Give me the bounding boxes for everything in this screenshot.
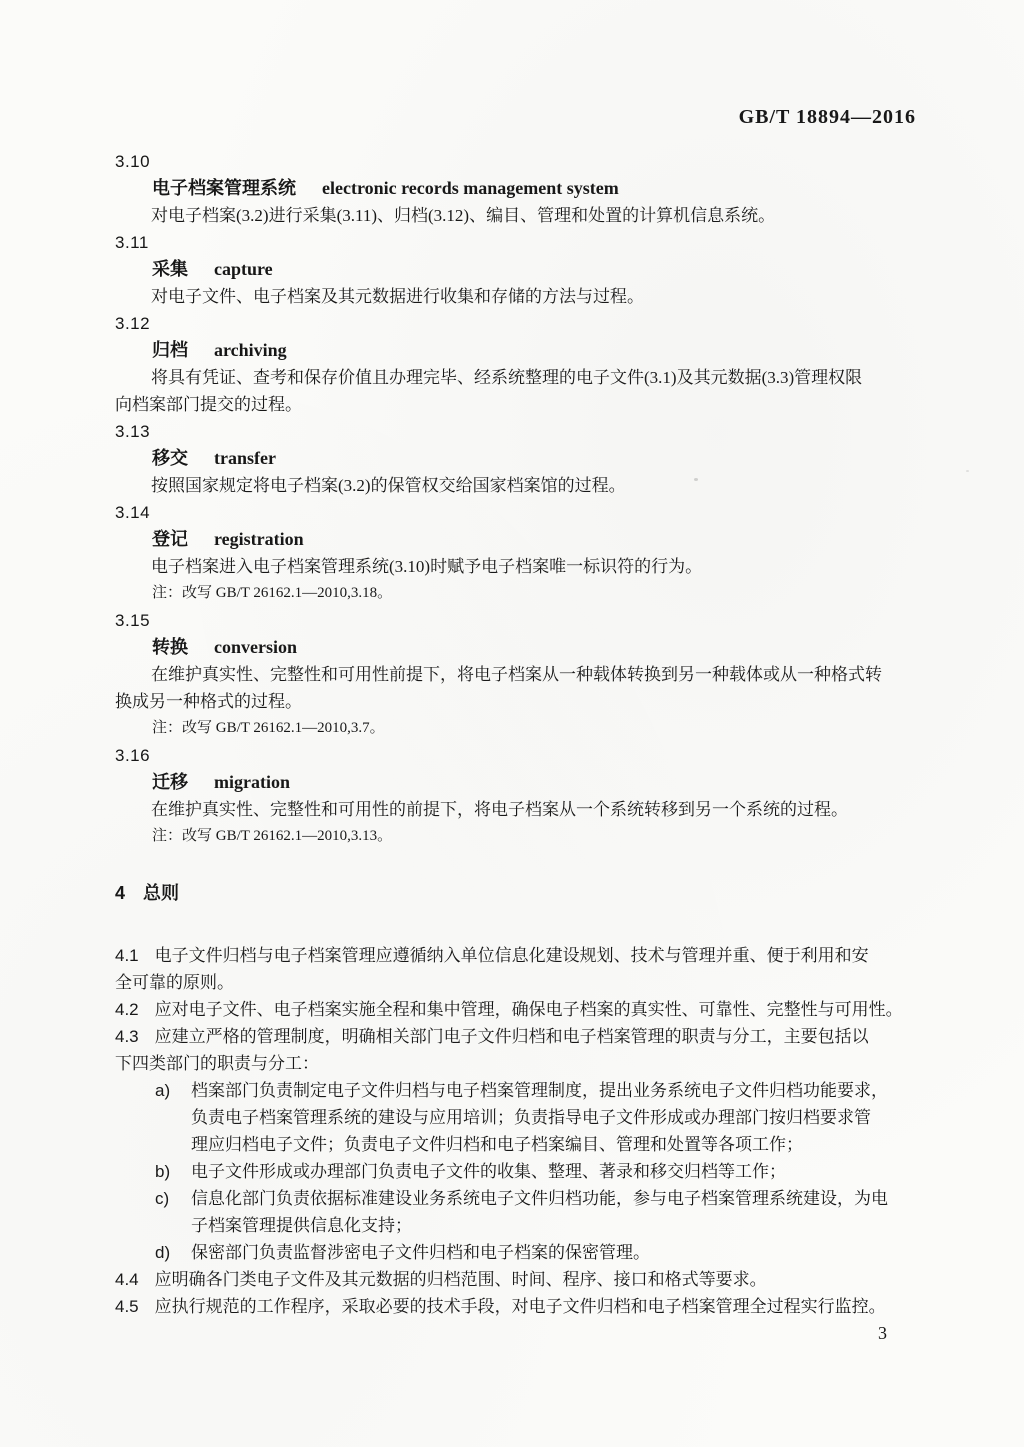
subitem-text: 保密部门负责监督涉密电子文件归档和电子档案的保密管理。 <box>191 1243 650 1262</box>
definition-line: 按照国家规定将电子档案(3.2)的保管权交给国家档案馆的过程。 <box>115 472 915 499</box>
term-line: 电子档案管理系统electronic records management sy… <box>115 175 915 202</box>
term-cn: 归档 <box>152 340 188 360</box>
term-en: archiving <box>214 340 287 360</box>
clause-number: 3.15 <box>115 607 915 634</box>
subitem-c-cont: 子档案管理提供信息化支持； <box>115 1212 915 1239</box>
subitem-label: a) <box>155 1077 170 1104</box>
doc-number: GB/T 18894—2016 <box>739 106 916 129</box>
term-en: migration <box>214 772 290 792</box>
subitem-label: c) <box>155 1185 169 1212</box>
definition-line: 对电子文件、电子档案及其元数据进行收集和存储的方法与过程。 <box>115 283 915 310</box>
term-entry-3-15: 3.15 转换conversion 在维护真实性、完整性和可用性前提下，将电子档… <box>115 607 915 742</box>
definition-line: 对电子档案(3.2)进行采集(3.11)、归档(3.12)、编目、管理和处置的计… <box>115 202 915 229</box>
scan-speck <box>966 470 969 472</box>
term-en: capture <box>214 259 273 279</box>
clause-number: 3.13 <box>115 418 915 445</box>
clause-number: 3.11 <box>115 229 915 256</box>
definition-line: 将具有凭证、查考和保存价值且办理完毕、经系统整理的电子文件(3.1)及其元数据(… <box>115 364 915 391</box>
subitem-text: 档案部门负责制定电子文件归档与电子档案管理制度，提出业务系统电子文件归档功能要求… <box>191 1081 888 1100</box>
term-entry-3-11: 3.11 采集capture 对电子文件、电子档案及其元数据进行收集和存储的方法… <box>115 229 915 310</box>
term-line: 登记registration <box>115 526 915 553</box>
clause-4-2: 4.2应对电子文件、电子档案实施全程和集中管理，确保电子档案的真实性、可靠性、完… <box>115 996 915 1023</box>
term-line: 归档archiving <box>115 337 915 364</box>
term-cn: 采集 <box>152 259 188 279</box>
clause-4-4: 4.4应明确各门类电子文件及其元数据的归档范围、时间、程序、接口和格式等要求。 <box>115 1266 915 1293</box>
clause-number: 4.1 <box>115 946 139 965</box>
note-line: 注：改写 GB/T 26162.1—2010,3.18。 <box>115 580 915 607</box>
subitem-label: d) <box>155 1239 170 1266</box>
definition-line: 在维护真实性、完整性和可用性的前提下，将电子档案从一个系统转移到另一个系统的过程… <box>115 796 915 823</box>
term-cn: 电子档案管理系统 <box>152 178 296 198</box>
note-line: 注：改写 GB/T 26162.1—2010,3.13。 <box>115 823 915 850</box>
term-entry-3-14: 3.14 登记registration 电子档案进入电子档案管理系统(3.10)… <box>115 499 915 607</box>
subitem-text: 信息化部门负责依据标准建设业务系统电子文件归档功能，参与电子档案管理系统建设，为… <box>191 1189 888 1208</box>
subitem-b: b)电子文件形成或办理部门负责电子文件的收集、整理、著录和移交归档等工作； <box>115 1158 915 1185</box>
subitem-label: b) <box>155 1158 170 1185</box>
term-cn: 移交 <box>152 448 188 468</box>
term-line: 迁移migration <box>115 769 915 796</box>
clause-text: 应对电子文件、电子档案实施全程和集中管理，确保电子档案的真实性、可靠性、完整性与… <box>155 1000 903 1019</box>
page-content: 3.10 电子档案管理系统electronic records manageme… <box>115 148 915 1320</box>
clause-number: 4.3 <box>115 1027 139 1046</box>
term-line: 转换conversion <box>115 634 915 661</box>
clause-number: 3.12 <box>115 310 915 337</box>
clause-number: 4.2 <box>115 1000 139 1019</box>
clause-text: 应明确各门类电子文件及其元数据的归档范围、时间、程序、接口和格式等要求。 <box>155 1270 767 1289</box>
subitem-d: d)保密部门负责监督涉密电子文件归档和电子档案的保密管理。 <box>115 1239 915 1266</box>
clause-4-1: 4.1电子文件归档与电子档案管理应遵循纳入单位信息化建设规划、技术与管理并重、便… <box>115 942 915 969</box>
definition-line: 向档案部门提交的过程。 <box>115 391 915 418</box>
term-entry-3-12: 3.12 归档archiving 将具有凭证、查考和保存价值且办理完毕、经系统整… <box>115 310 915 418</box>
subitem-text: 电子文件形成或办理部门负责电子文件的收集、整理、著录和移交归档等工作； <box>191 1162 786 1181</box>
definition-line: 在维护真实性、完整性和可用性前提下，将电子档案从一种载体转换到另一种载体或从一种… <box>115 661 915 688</box>
section-heading: 4总则 <box>115 880 915 908</box>
subitem-c: c)信息化部门负责依据标准建设业务系统电子文件归档功能，参与电子档案管理系统建设… <box>115 1185 915 1212</box>
clause-number: 3.10 <box>115 148 915 175</box>
clause-text: 应建立严格的管理制度，明确相关部门电子文件归档和电子档案管理的职责与分工，主要包… <box>155 1027 869 1046</box>
term-cn: 迁移 <box>152 772 188 792</box>
clause-4-5: 4.5应执行规范的工作程序，采取必要的技术手段，对电子文件归档和电子档案管理全过… <box>115 1293 915 1320</box>
term-en: transfer <box>214 448 276 468</box>
scan-speck <box>694 478 698 481</box>
subitem-a-cont: 负责电子档案管理系统的建设与应用培训；负责指导电子文件形成或办理部门按归档要求管 <box>115 1104 915 1131</box>
section-title: 总则 <box>143 883 179 903</box>
subitem-a: a)档案部门负责制定电子文件归档与电子档案管理制度，提出业务系统电子文件归档功能… <box>115 1077 915 1104</box>
page-number: 3 <box>878 1320 887 1347</box>
clause-4-3-cont: 下四类部门的职责与分工： <box>115 1050 915 1077</box>
note-line: 注：改写 GB/T 26162.1—2010,3.7。 <box>115 715 915 742</box>
term-en: electronic records management system <box>322 178 619 198</box>
term-en: registration <box>214 529 304 549</box>
clause-text: 电子文件归档与电子档案管理应遵循纳入单位信息化建设规划、技术与管理并重、便于利用… <box>155 946 869 965</box>
clause-4-3: 4.3应建立严格的管理制度，明确相关部门电子文件归档和电子档案管理的职责与分工，… <box>115 1023 915 1050</box>
clause-4-1-cont: 全可靠的原则。 <box>115 969 915 996</box>
clause-number: 3.16 <box>115 742 915 769</box>
subitem-a-cont: 理应归档电子文件；负责电子文件归档和电子档案编目、管理和处置等各项工作； <box>115 1131 915 1158</box>
definition-line: 电子档案进入电子档案管理系统(3.10)时赋予电子档案唯一标识符的行为。 <box>115 553 915 580</box>
definition-line: 换成另一种格式的过程。 <box>115 688 915 715</box>
clause-text: 应执行规范的工作程序，采取必要的技术手段，对电子文件归档和电子档案管理全过程实行… <box>155 1297 886 1316</box>
clause-number: 4.4 <box>115 1270 139 1289</box>
clause-number: 3.14 <box>115 499 915 526</box>
term-cn: 登记 <box>152 529 188 549</box>
term-entry-3-13: 3.13 移交transfer 按照国家规定将电子档案(3.2)的保管权交给国家… <box>115 418 915 499</box>
clause-number: 4.5 <box>115 1297 139 1316</box>
term-cn: 转换 <box>152 637 188 657</box>
document-page: GB/T 18894—2016 3.10 电子档案管理系统electronic … <box>0 0 1024 1447</box>
term-entry-3-10: 3.10 电子档案管理系统electronic records manageme… <box>115 148 915 229</box>
term-en: conversion <box>214 637 297 657</box>
term-line: 采集capture <box>115 256 915 283</box>
term-line: 移交transfer <box>115 445 915 472</box>
term-entry-3-16: 3.16 迁移migration 在维护真实性、完整性和可用性的前提下，将电子档… <box>115 742 915 850</box>
section-number: 4 <box>115 883 125 903</box>
